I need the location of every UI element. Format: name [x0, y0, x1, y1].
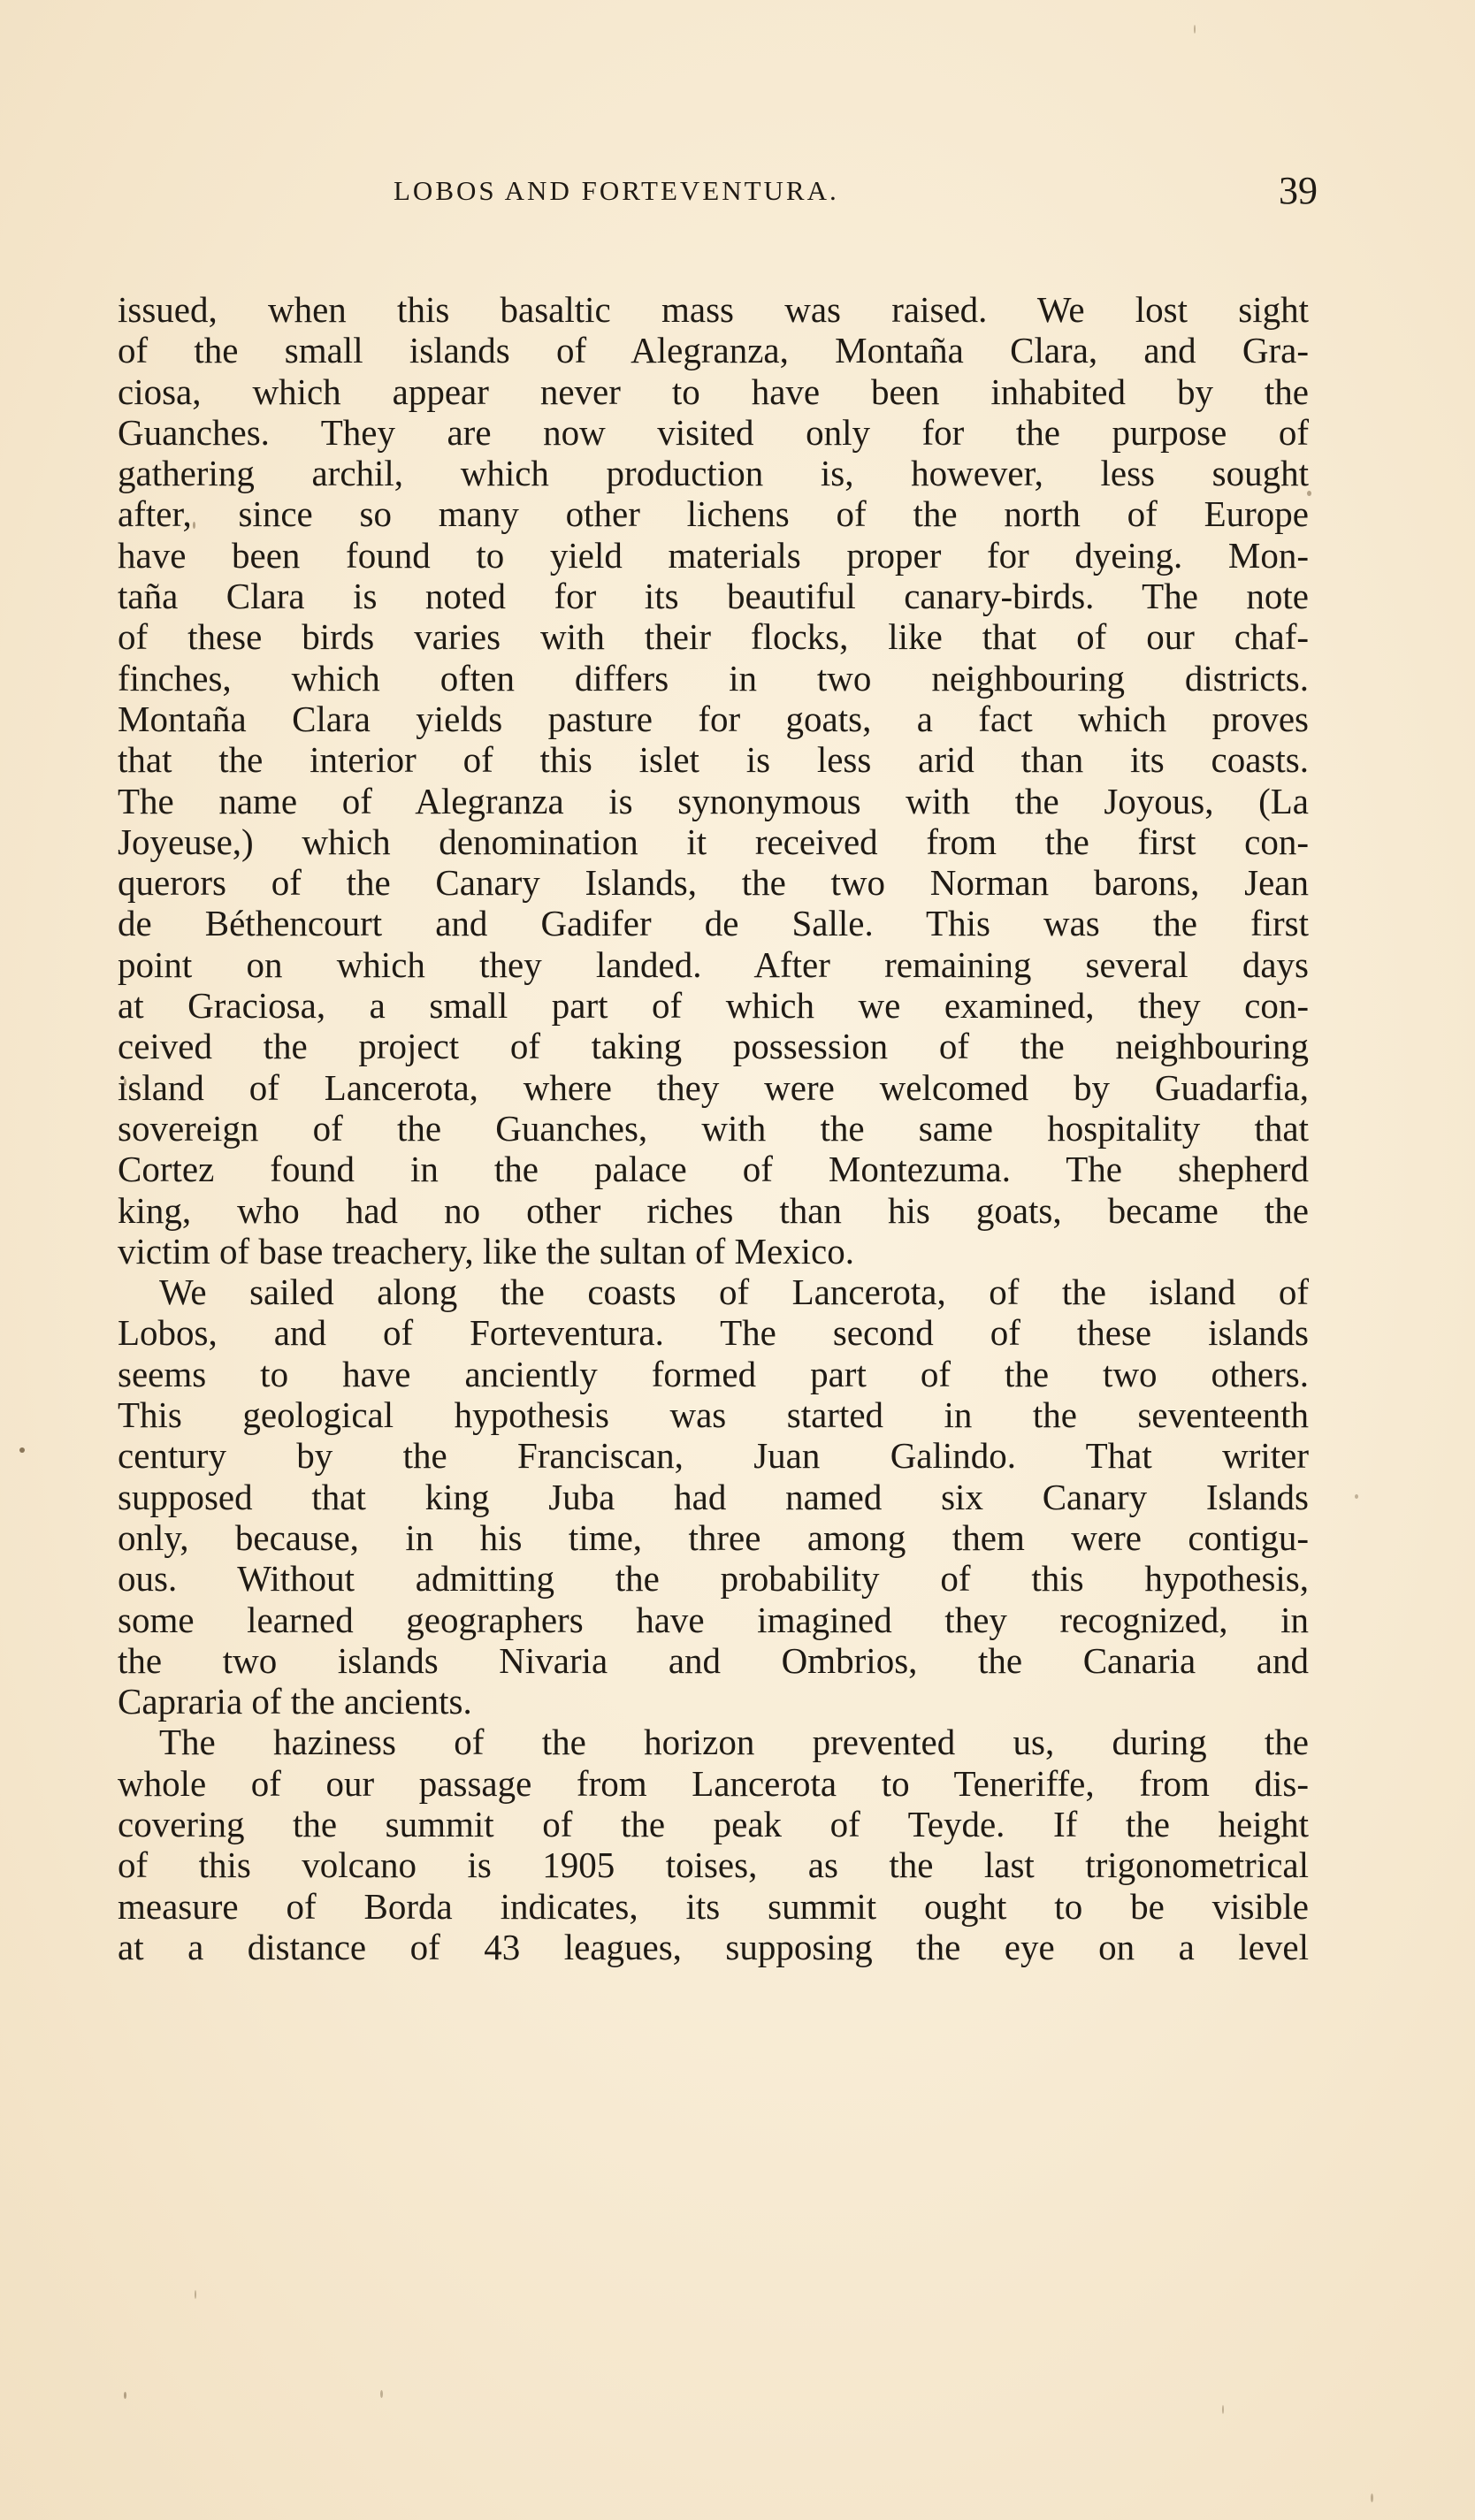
text-line: The name of Alegranza is synonymous with… [118, 781, 1309, 821]
text-line: Joyeuse,) which denomination it received… [118, 821, 1309, 862]
text-line: century by the Franciscan, Juan Galindo.… [118, 1435, 1309, 1476]
text-line: king, who had no other riches than his g… [118, 1190, 1309, 1231]
paragraph-end-line: victim of base treachery, like the sulta… [118, 1231, 1309, 1271]
text-line: of these birds varies with their flocks,… [118, 616, 1309, 657]
scan-speck [1194, 25, 1196, 34]
body-text: issued, when this basaltic mass was rais… [118, 289, 1309, 1967]
scan-speck [380, 2390, 383, 2398]
scan-speck [1222, 2405, 1224, 2414]
scan-speck [193, 522, 195, 529]
running-title: LOBOS AND FORTEVENTURA. [394, 175, 839, 207]
scan-speck [19, 1447, 25, 1453]
text-line: Cortez found in the palace of Montezuma.… [118, 1149, 1309, 1189]
scan-speck [1371, 2493, 1373, 2502]
scan-speck [1307, 491, 1311, 496]
text-line: Montaña Clara yields pasture for goats, … [118, 699, 1309, 739]
paragraph-start-line: We sailed along the coasts of Lancerota,… [118, 1271, 1309, 1312]
text-line: ciosa, which appear never to have been i… [118, 371, 1309, 412]
text-line: This geological hypothesis was started i… [118, 1394, 1309, 1435]
text-line: some learned geographers have imagined t… [118, 1600, 1309, 1640]
text-line: gathering archil, which production is, h… [118, 453, 1309, 493]
text-line: point on which they landed. After remain… [118, 944, 1309, 985]
text-line: the two islands Nivaria and Ombrios, the… [118, 1640, 1309, 1681]
text-line: seems to have anciently formed part of t… [118, 1354, 1309, 1394]
scan-speck [195, 2290, 196, 2299]
text-line: covering the summit of the peak of Teyde… [118, 1804, 1309, 1844]
text-line: querors of the Canary Islands, the two N… [118, 862, 1309, 903]
text-line: only, because, in his time, three among … [118, 1517, 1309, 1558]
scan-speck [124, 1079, 126, 1086]
text-line: taña Clara is noted for its beautiful ca… [118, 576, 1309, 616]
text-line: at a distance of 43 leagues, supposing t… [118, 1927, 1309, 1967]
paragraph-start-line: The haziness of the horizon prevented us… [118, 1722, 1309, 1762]
text-line: of this volcano is 1905 toises, as the l… [118, 1844, 1309, 1885]
text-line: Guanches. They are now visited only for … [118, 412, 1309, 453]
running-header: LOBOS AND FORTEVENTURA. 39 [394, 175, 1318, 228]
scan-speck [1355, 1494, 1358, 1499]
text-line: Lobos, and of Forteventura. The second o… [118, 1312, 1309, 1353]
paragraph-end-line: Capraria of the ancients. [118, 1681, 1309, 1722]
text-line: of the small islands of Alegranza, Monta… [118, 330, 1309, 370]
text-line: ceived the project of taking possession … [118, 1026, 1309, 1066]
text-line: that the interior of this islet is less … [118, 739, 1309, 780]
text-line: whole of our passage from Lancerota to T… [118, 1763, 1309, 1804]
text-line: supposed that king Juba had named six Ca… [118, 1477, 1309, 1517]
text-line: at Graciosa, a small part of which we ex… [118, 985, 1309, 1026]
text-line: after, since so many other lichens of th… [118, 493, 1309, 534]
text-line: de Béthencourt and Gadifer de Salle. Thi… [118, 903, 1309, 943]
text-line: measure of Borda indicates, its summit o… [118, 1886, 1309, 1927]
text-line: issued, when this basaltic mass was rais… [118, 289, 1309, 330]
page-number: 39 [1279, 168, 1318, 213]
text-line: have been found to yield materials prope… [118, 535, 1309, 576]
scan-speck [124, 2392, 126, 2399]
book-page: LOBOS AND FORTEVENTURA. 39 issued, when … [0, 0, 1475, 2520]
text-line: finches, which often differs in two neig… [118, 658, 1309, 699]
text-line: ous. Without admitting the probability o… [118, 1558, 1309, 1599]
text-line: island of Lancerota, where they were wel… [118, 1067, 1309, 1108]
text-line: sovereign of the Guanches, with the same… [118, 1108, 1309, 1149]
